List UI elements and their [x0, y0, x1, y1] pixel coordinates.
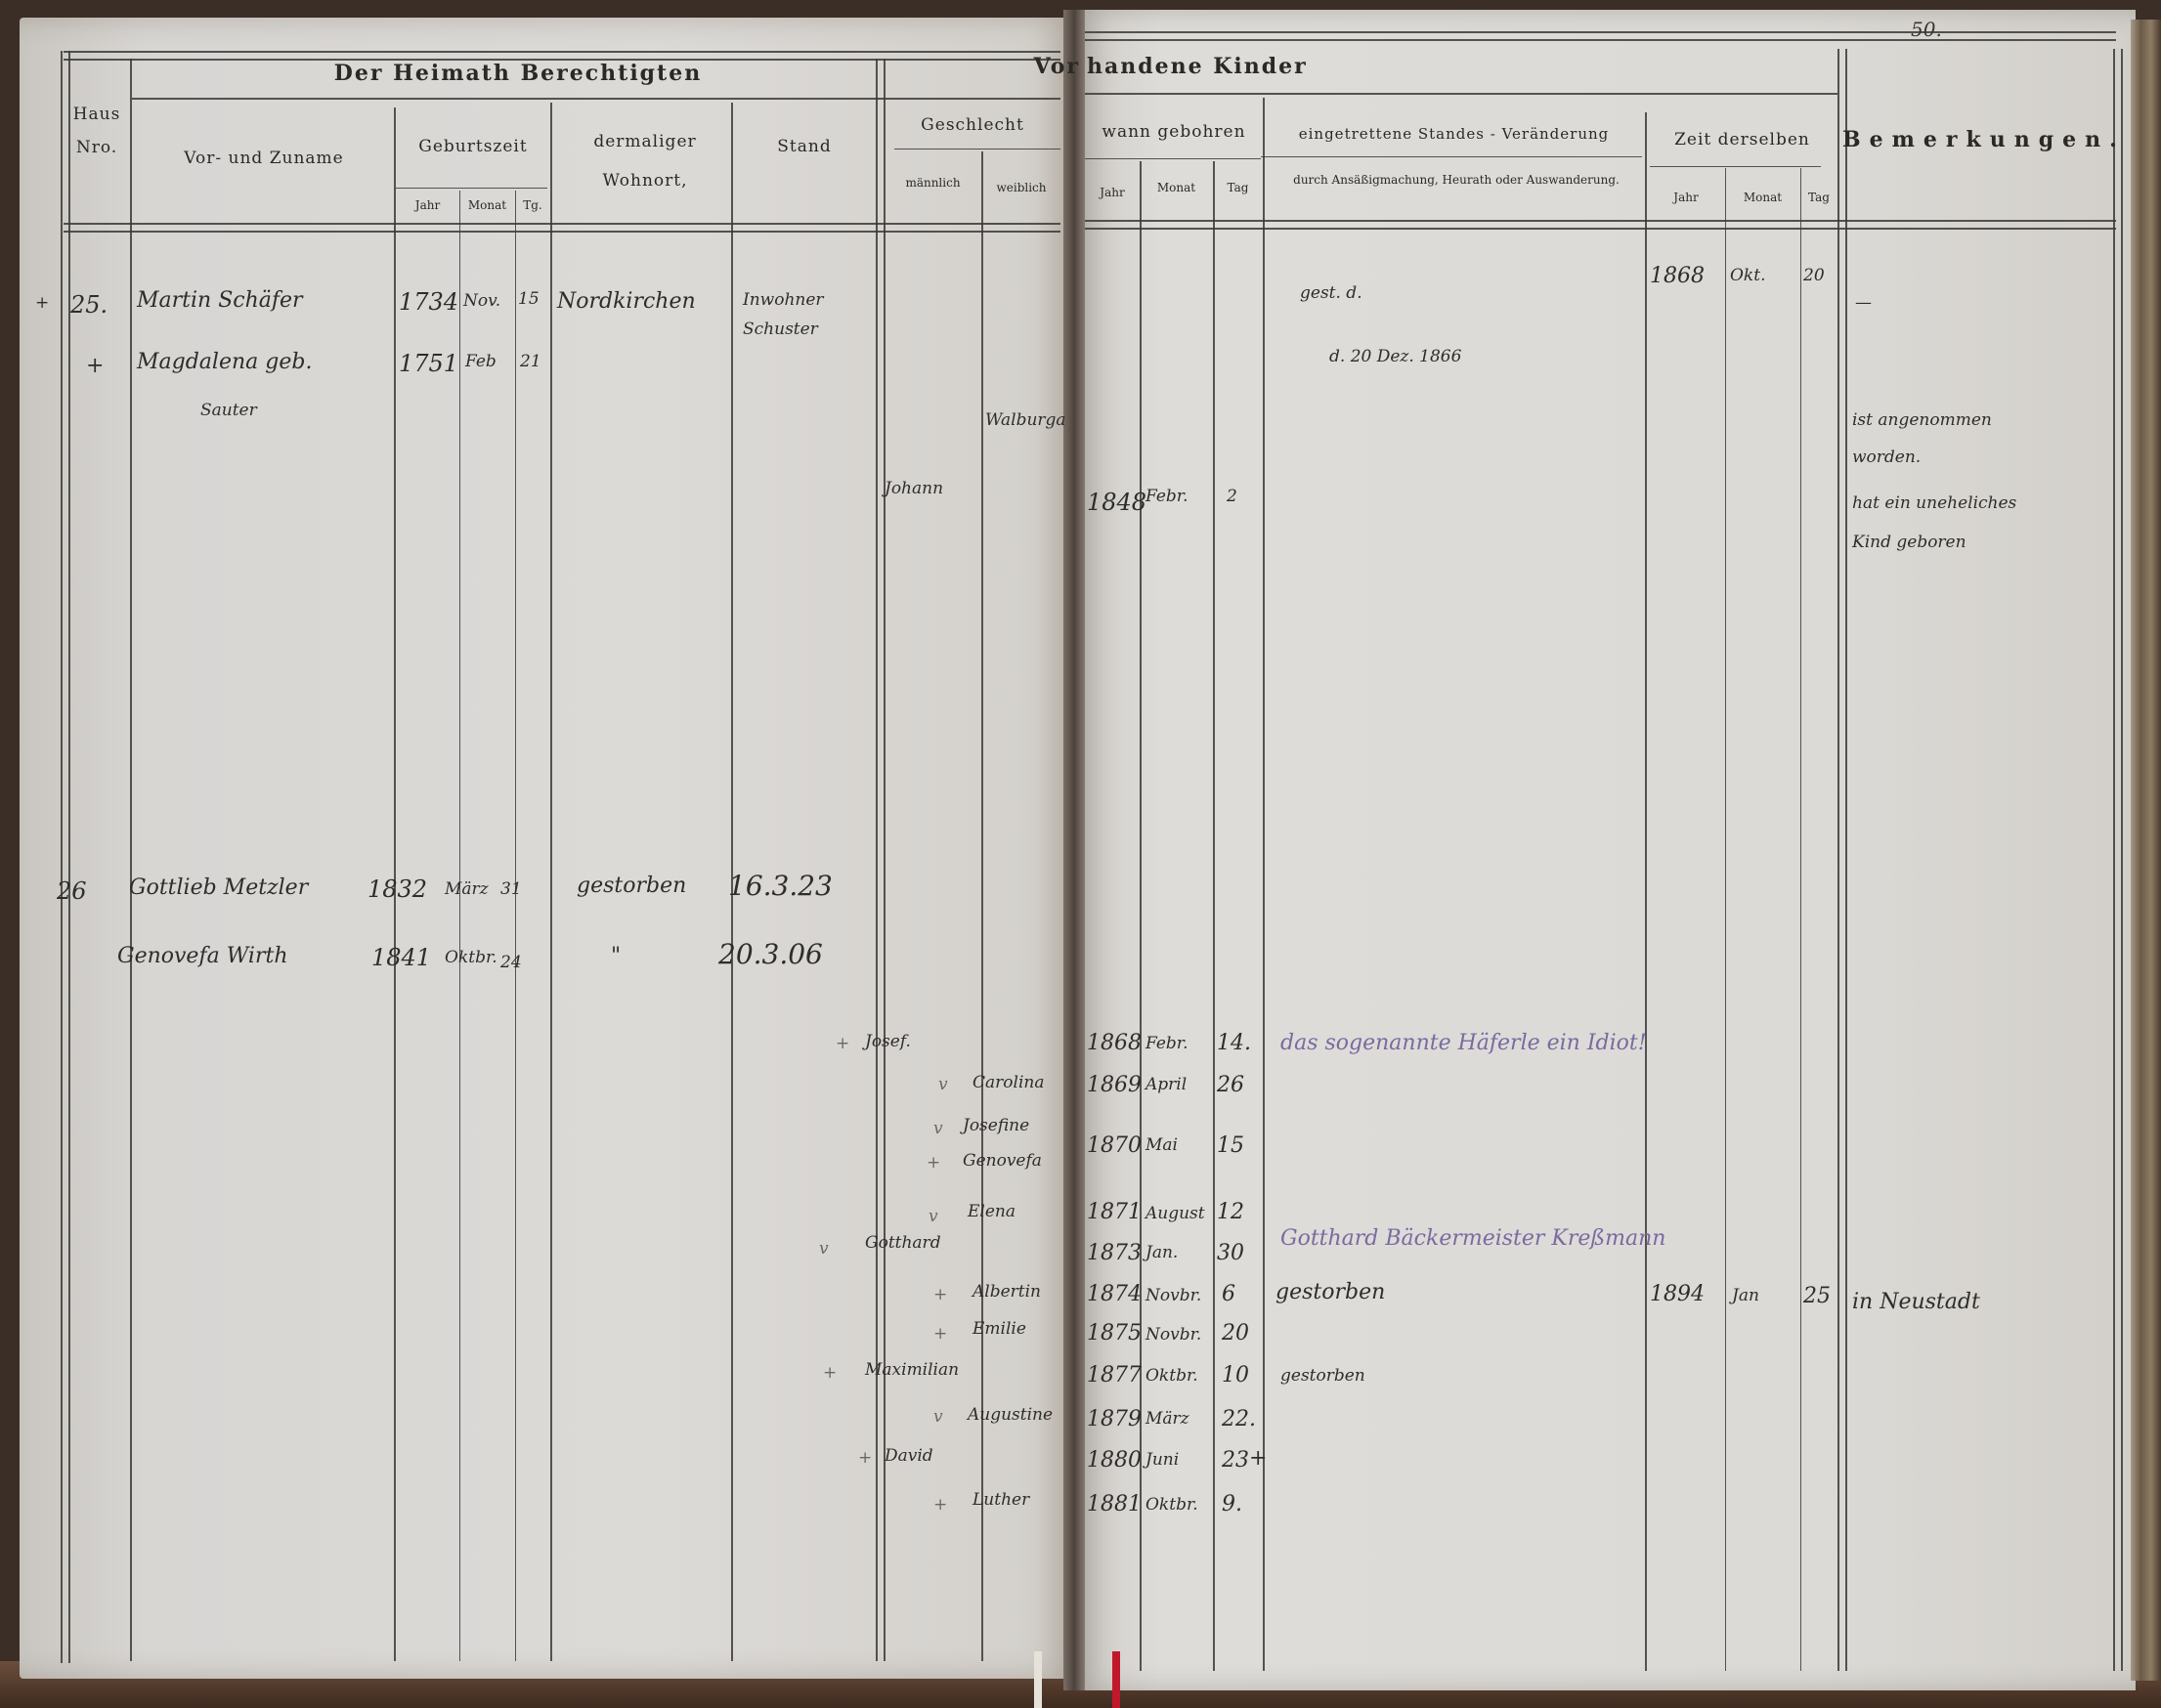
entry-26-child-8-mark: + — [823, 1363, 837, 1383]
col-name: Vor- und Zuname — [137, 149, 391, 168]
entry-26-child-4-tag: 12 — [1217, 1200, 1244, 1224]
entry-25-person-2-tag: 21 — [520, 352, 541, 371]
entry-25-person-1-wohnort: Nordkirchen — [557, 289, 696, 314]
entry-26-child-6-name: Albertin — [972, 1282, 1041, 1302]
entry-25-child-1-weiblich: Walburga — [985, 401, 1059, 440]
entry-25-veraenderung-note: d. 20 Dez. 1866 — [1329, 347, 1461, 366]
entry-25-person-2-monat: Feb — [465, 352, 497, 371]
entry-25-bemerkung-2: ist angenommen — [1852, 410, 1992, 430]
entry-25-person-1-tag: 15 — [518, 289, 540, 309]
entry-26-person-2-tag: 24 — [500, 953, 522, 972]
entry-25-bemerkung-1: — — [1855, 293, 1872, 313]
entry-26-person-1-name: Gottlieb Metzler — [129, 875, 308, 900]
entry-26-child-11-monat: Oktbr. — [1145, 1495, 1198, 1515]
entry-26-haus-nro: 26 — [57, 877, 87, 905]
geschlecht-sub-rule — [894, 149, 1060, 149]
entry-26-child-2-mark: v — [938, 1075, 948, 1094]
veraenderung-column-rule — [1645, 112, 1647, 1671]
entry-26-child-11-jahr: 1881 — [1087, 1492, 1142, 1516]
entry-26-child-4-monat: August — [1145, 1204, 1205, 1223]
entry-26-child-4-mark: v — [929, 1207, 938, 1226]
entry-26-person-2-monat: Oktbr. — [445, 948, 497, 967]
entry-26-child-3-name: Josefine — [963, 1116, 1029, 1135]
header-right-title-part1: Vor — [1021, 54, 1080, 79]
entry-26-child-6-monat: Novbr. — [1145, 1286, 1201, 1305]
col-zeit-tag: Tag — [1800, 191, 1837, 204]
entry-26-child-5-note: Gotthard Bäckermeister Kreßmann — [1280, 1226, 1665, 1251]
col-geb-jahr: Jahr — [396, 198, 459, 212]
right-page — [1075, 10, 2136, 1690]
entry-25-person-1-monat: Nov. — [463, 291, 500, 311]
header-left-title: Der Heimath Berechtigten — [313, 61, 723, 86]
entry-26-child-6-note: gestorben — [1275, 1280, 1385, 1304]
entry-26-person-2-stand: 20.3.06 — [718, 938, 823, 970]
entry-25-person-1-stand: Inwohner Schuster — [743, 285, 870, 344]
bookmark-ribbon-white — [1034, 1651, 1042, 1708]
entry-26-child-10-tag: 23 — [1222, 1448, 1249, 1473]
header-bottom-rule-left — [64, 223, 1060, 233]
entry-26-child-10-trailing-mark: + — [1249, 1446, 1267, 1471]
entry-26-child-5-tag: 30 — [1217, 1241, 1244, 1265]
header-bottom-rule-right — [1085, 220, 2116, 230]
entry-26-child-8-tag: 10 — [1222, 1363, 1249, 1388]
entry-26-person-2-name: Genovefa Wirth — [117, 944, 288, 968]
entry-26-child-11-tag: 9. — [1222, 1492, 1242, 1516]
entry-26-child-1-monat: Febr. — [1145, 1034, 1188, 1053]
entry-25-bemerkung-5: Kind geboren — [1852, 533, 1967, 552]
entry-26-child-3-name2: Genovefa — [963, 1151, 1042, 1171]
entry-25-veraenderung: gest. d. — [1300, 283, 1362, 303]
entry-26-child-6-zeit-tag: 25 — [1803, 1284, 1831, 1308]
col-maennlich: männlich — [885, 176, 981, 190]
top-rule-right — [1085, 31, 2116, 41]
entry-26-child-9-jahr: 1879 — [1087, 1407, 1142, 1431]
entry-25-person-2-name: Magdalena geb. — [137, 350, 312, 374]
zeit-column-rule — [1837, 49, 1847, 1671]
title-under-rule-left — [132, 98, 1060, 100]
col-haus-nro: Haus Nro. — [65, 98, 129, 164]
entry-26-child-4-jahr: 1871 — [1087, 1200, 1142, 1224]
geschlecht-split-rule — [981, 151, 983, 1661]
entry-26-person-2-jahr: 1841 — [371, 944, 431, 971]
entry-26-person-1-stand: 16.3.23 — [728, 870, 833, 902]
entry-25-child-1-name: Johann — [885, 479, 943, 498]
col-bemerkungen: Bemerkungen. — [1842, 127, 2111, 152]
entry-26-child-5-mark: v — [819, 1239, 829, 1259]
left-page — [20, 18, 1075, 1679]
haus-nro-column-rule — [130, 59, 132, 1661]
entry-26-person-1-tag: 31 — [500, 879, 522, 899]
entry-26-child-5-jahr: 1873 — [1087, 1241, 1142, 1265]
entry-25-zeit-tag: 20 — [1803, 266, 1825, 285]
stand-column-rule — [876, 59, 886, 1661]
entry-26-child-8-jahr: 1877 — [1087, 1363, 1142, 1388]
entry-26-child-3-mark: v — [933, 1119, 943, 1138]
right-frame-rule — [2113, 49, 2123, 1671]
entry-26-person-2-wohnort: " — [611, 944, 621, 968]
entry-26-child-8-name: Maximilian — [865, 1360, 959, 1380]
entry-26-child-5-name: Gotthard — [865, 1233, 941, 1253]
entry-26-child-1-mark: + — [836, 1034, 849, 1053]
entry-25-haus-nro: 25. — [70, 291, 108, 319]
col-zeit-derselben: Zeit derselben — [1647, 130, 1837, 149]
col-kinder-monat: Monat — [1140, 181, 1213, 194]
entry-25-person-2-cross: + — [86, 354, 104, 378]
col-zeit-jahr: Jahr — [1647, 191, 1725, 204]
col-geb-monat: Monat — [459, 198, 515, 212]
entry-25-child-1-jahr: 1848 — [1087, 489, 1146, 516]
entry-26-child-8-note: gestorben — [1280, 1366, 1365, 1386]
entry-25-person-1-name: Martin Schäfer — [137, 288, 303, 313]
header-right-title-part2: handene Kinder — [1087, 54, 1302, 79]
entry-26-child-7-name: Emilie — [972, 1319, 1026, 1339]
zeit-monat-column-rule — [1800, 168, 1801, 1671]
entry-26-child-9-tag: 22. — [1222, 1407, 1256, 1431]
entry-26-child-7-monat: Novbr. — [1145, 1325, 1201, 1345]
entry-26-child-11-name: Luther — [972, 1490, 1029, 1510]
entry-26-child-2-tag: 26 — [1217, 1073, 1244, 1097]
zeit-sub-rule — [1650, 166, 1821, 167]
entry-26-child-11-mark: + — [933, 1495, 947, 1515]
col-geburtszeit: Geburtszeit — [396, 137, 550, 156]
entry-25-person-1-jahr: 1734 — [399, 288, 458, 316]
bookmark-ribbon-red — [1112, 1651, 1120, 1708]
entry-26-child-1-note: das sogenannte Häferle ein Idiot! — [1280, 1031, 1647, 1055]
entry-26-child-6-tag: 6 — [1222, 1282, 1235, 1306]
entry-26-person-1-wohnort: gestorben — [577, 874, 686, 898]
top-rule-left — [64, 51, 1060, 61]
col-geb-tag: Tg. — [515, 198, 550, 212]
entry-26-child-3-jahr: 1870 — [1087, 1133, 1142, 1158]
entry-26-person-1-jahr: 1832 — [367, 875, 427, 903]
entry-25-child-1-monat: Febr. — [1145, 487, 1188, 506]
entry-26-child-9-monat: März — [1145, 1409, 1189, 1429]
entry-26-child-4-name: Elena — [968, 1202, 1016, 1221]
entry-26-child-7-tag: 20 — [1222, 1321, 1249, 1345]
entry-25-person-2-name-line2: Sauter — [200, 401, 257, 420]
veraenderung-sub-rule — [1261, 156, 1642, 157]
book-gutter — [1063, 10, 1085, 1690]
col-stand: Stand — [733, 137, 876, 156]
col-geschlecht: Geschlecht — [885, 115, 1060, 135]
left-frame-rule — [61, 51, 70, 1663]
geb-jahr-column-rule — [459, 191, 460, 1661]
entry-26-child-2-monat: April — [1145, 1075, 1187, 1094]
col-kinder-tag: Tag — [1213, 181, 1263, 194]
entry-26-child-10-jahr: 1880 — [1087, 1448, 1142, 1473]
kinder-monat-column-rule — [1213, 161, 1215, 1671]
zeit-jahr-column-rule — [1725, 168, 1726, 1671]
col-veraenderung-sub: durch Ansäßigmachung, Heurath oder Auswa… — [1290, 171, 1622, 189]
entry-26-child-1-jahr: 1868 — [1087, 1031, 1142, 1055]
wann-gebohren-sub-rule — [1085, 158, 1261, 159]
entry-26-child-10-mark: + — [858, 1448, 872, 1468]
col-veraenderung: eingetrettene Standes - Veränderung — [1266, 125, 1642, 143]
open-ledger-book: 50. Der Heimath Berechtigten Vor handene… — [0, 0, 2161, 1708]
entry-26-child-9-name: Augustine — [968, 1405, 1053, 1425]
entry-26-child-7-mark: + — [933, 1324, 947, 1344]
entry-26-child-2-jahr: 1869 — [1087, 1073, 1142, 1097]
col-kinder-jahr: Jahr — [1085, 186, 1140, 199]
entry-25-bemerkung-3: worden. — [1852, 448, 1921, 467]
kinder-tag-column-rule — [1263, 98, 1265, 1671]
page-edges-right — [2131, 20, 2161, 1681]
entry-25-child-1-tag: 2 — [1227, 487, 1237, 506]
entry-26-child-2-name: Carolina — [972, 1073, 1044, 1092]
entry-26-child-6-jahr: 1874 — [1087, 1282, 1142, 1306]
entry-26-child-5-monat: Jan. — [1145, 1243, 1178, 1262]
entry-26-child-1-tag: 14. — [1217, 1031, 1251, 1055]
entry-26-person-1-monat: März — [445, 879, 489, 899]
entry-26-child-6-mark: + — [933, 1285, 947, 1304]
entry-26-child-10-monat: Juni — [1145, 1450, 1179, 1470]
entry-26-child-6-zeit-jahr: 1894 — [1650, 1282, 1705, 1306]
entry-26-child-7-jahr: 1875 — [1087, 1321, 1142, 1345]
entry-26-child-3-monat: Mai — [1145, 1135, 1178, 1155]
kinder-jahr-column-rule — [1140, 161, 1142, 1671]
entry-25-zeit-jahr: 1868 — [1650, 264, 1705, 288]
entry-26-child-6-zeit-monat: Jan — [1732, 1286, 1759, 1305]
col-wann-gebohren: wann gebohren — [1085, 122, 1263, 142]
entry-26-child-8-monat: Oktbr. — [1145, 1366, 1198, 1386]
entry-25-bemerkung-4: hat ein uneheliches — [1852, 493, 2016, 513]
col-zeit-monat: Monat — [1725, 191, 1800, 204]
col-wohnort: dermaliger Wohnort, — [577, 122, 713, 200]
entry-26-child-6-bemerkung: in Neustadt — [1852, 1290, 1980, 1314]
entry-25-zeit-monat: Okt. — [1730, 266, 1765, 285]
col-weiblich: weiblich — [981, 181, 1061, 194]
entry-26-child-3-tag: 15 — [1217, 1133, 1244, 1158]
geb-monat-column-rule — [515, 191, 516, 1661]
entry-25-person-2-jahr: 1751 — [399, 350, 458, 377]
entry-26-child-10-name: David — [885, 1446, 933, 1466]
entry-25-margin-mark: + — [35, 293, 49, 313]
entry-26-child-9-mark: v — [933, 1407, 943, 1427]
geburtszeit-sub-rule — [396, 188, 547, 189]
geb-tag-column-rule — [550, 103, 552, 1661]
entry-26-child-1-name: Josef. — [865, 1032, 911, 1051]
title-under-rule-right — [1085, 93, 1837, 95]
entry-26-child-3-mark2: + — [927, 1153, 940, 1173]
